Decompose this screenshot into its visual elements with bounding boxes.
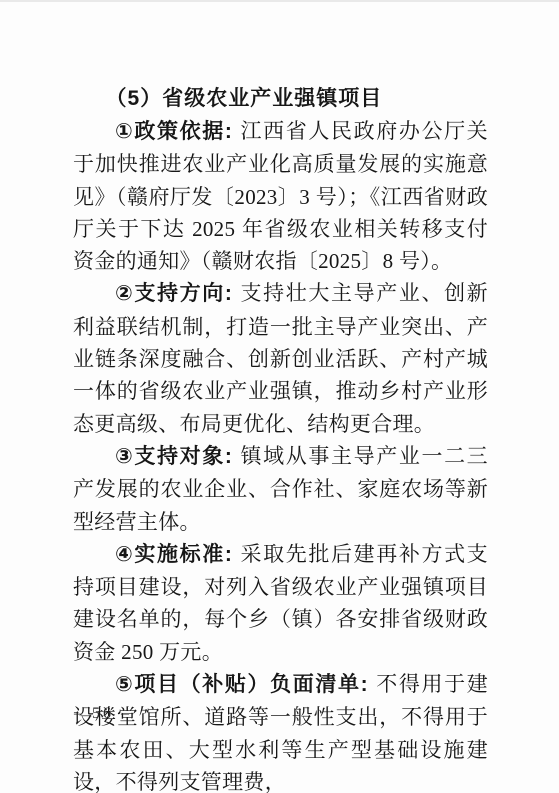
paragraph-implementation-standard: ④实施标准:采取先批后建再补方式支持项目建设，对列入省级农业产业强镇项目建设名单…	[73, 538, 488, 668]
scan-edge-artifact	[0, 0, 559, 2]
paragraph-support-direction: ②支持方向:支持壮大主导产业、创新利益联结机制，打造一批主导产业突出、产业链条深…	[73, 277, 488, 439]
paragraph-negative-list-label: ⑤项目（补贴）负面清单:	[115, 673, 368, 696]
paragraph-implementation-standard-label: ④实施标准:	[115, 543, 232, 566]
paragraph-negative-list: ⑤项目（补贴）负面清单:不得用于建设楼堂馆所、道路等一般性支出，不得用于基本农田…	[73, 668, 488, 793]
page-number: – 56 –	[74, 704, 132, 724]
paragraph-support-target: ③支持对象:镇域从事主导产业一二三产发展的农业企业、合作社、家庭农场等新型经营主…	[73, 440, 488, 538]
section-heading: （5）省级农业产业强镇项目	[73, 82, 488, 115]
paragraph-policy-basis: ①政策依据:江西省人民政府办公厅关于加快推进农业产业化高质量发展的实施意见》（赣…	[73, 115, 488, 277]
document-page: （5）省级农业产业强镇项目 ①政策依据:江西省人民政府办公厅关于加快推进农业产业…	[0, 0, 559, 793]
paragraph-support-direction-label: ②支持方向:	[115, 282, 232, 305]
paragraph-support-target-label: ③支持对象:	[115, 445, 232, 468]
paragraph-policy-basis-label: ①政策依据:	[115, 120, 232, 143]
document-content: （5）省级农业产业强镇项目 ①政策依据:江西省人民政府办公厅关于加快推进农业产业…	[73, 82, 488, 793]
